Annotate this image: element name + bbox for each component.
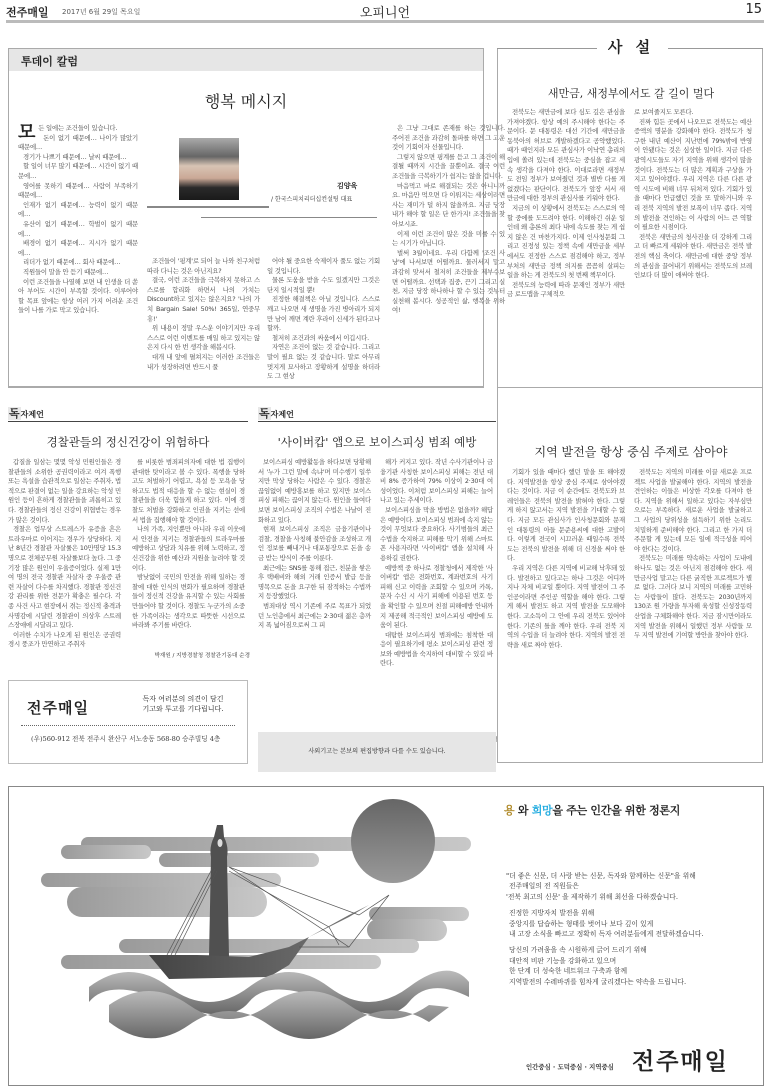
- author-photo: [179, 138, 239, 200]
- editorial-2-col1: 기회가 있을 때마다 했던 말을 또 해야겠다. 지역발전을 항상 중심 주제로…: [507, 468, 625, 650]
- author-divider: [201, 217, 377, 218]
- editorial-col2: 로 보여줄지도 모른다. 진짜 힘든 곳에서 나오므로 전북도는 예산 증액의 …: [634, 108, 752, 281]
- page-number: 15: [745, 2, 762, 17]
- reader-header-initial: 독: [258, 407, 271, 420]
- reader-opinion-2-col1: 보이스피싱 예방활동을 하다보면 당황해서 '누가 그런 말에 속냐'며 미수행…: [258, 458, 371, 631]
- contribution-box: 전주매일 독자 여러분의 의견이 담긴 기고와 투고를 기다립니다. (우)56…: [8, 680, 248, 764]
- newspaper-advertisement: 용 와 희망을 주는 인간을 위한 정론지 "더 좋은 신문, 더 사랑 받는 …: [8, 786, 764, 1086]
- reader-header-label: 자제언: [21, 410, 44, 419]
- author-name: 김양육: [337, 181, 357, 191]
- reader-opinion-header-2: 독자제언: [258, 402, 496, 422]
- reader-opinion-title-1: 경찰관들의 정신건강이 위험하다: [8, 434, 248, 450]
- reader-opinion-1-col2: 를 비롯한 범죄피의자에 대한 법 집행이 관대한 탓이라고 볼 수 있다. 폭…: [132, 458, 245, 631]
- today-column-label: 투데이 칼럼: [21, 53, 78, 69]
- editorial-2-col2: 전북도는 지역의 미래를 이끌 새로운 프로젝트 사업을 발굴해야 한다. 지역…: [634, 468, 752, 641]
- photo-divider: [147, 206, 269, 208]
- author-title: / 한국스피치리더십컨설팅 대표: [271, 194, 352, 203]
- reader-opinion-header-1: 독자제언: [8, 402, 248, 422]
- masthead: 전주매일 2017년 6월 29일 목요일 오피니언 15: [0, 0, 770, 22]
- today-column-col4: 은 그냥 그대로 존재를 하는 것입니다. 주어진 조건을 과감히 돌파를 하면…: [392, 124, 505, 316]
- editorial-label: 사 설: [498, 36, 764, 57]
- reader-opinion-title-2: '사이버캅' 앱으로 보이스피싱 범죄 예방: [258, 434, 496, 450]
- ad-paragraph: "더 좋은 신문, 더 사랑 받는 신문, 독자와 함께하는 신문"을 위해 전…: [506, 871, 756, 902]
- dotted-divider: [21, 725, 235, 726]
- ad-paragraph: 진정한 지방자치 발전을 위해 중앙지를 답습하는 형태를 벗어나 보다 깊이 …: [506, 908, 756, 939]
- dropcap: 모: [18, 124, 35, 142]
- today-column-col3: 어야 될 중요한 숙제이자 풀도 없는 기회일 것입니다. 물론 도움을 받을 …: [267, 257, 380, 382]
- today-column-title: 행복 메시지: [9, 89, 483, 112]
- editorial-title: 새만금, 새정부에서도 갈 길이 멀다: [498, 85, 764, 101]
- today-column: 투데이 칼럼 행복 메시지 모 든 일에는 조건들이 있습니다. 돈이 없기 때…: [8, 48, 484, 388]
- contribution-address: (우)560-912 전북 전주시 완산구 서노송동 568-80 승주빌딩 4…: [31, 733, 220, 743]
- contribution-message: 독자 여러분의 의견이 담긴 기고와 투고를 기다립니다.: [123, 694, 243, 714]
- reader-header-initial: 독: [8, 407, 21, 420]
- editorial-2: 지역 발전을 항상 중심 주제로 삼아야 기회가 있을 때마다 했던 말을 또 …: [497, 388, 763, 763]
- section-title: 오피니언: [0, 2, 770, 21]
- pen-nib-ship-illustration: [29, 797, 489, 1047]
- editorial-col1: 전북도는 새만금에 보다 심도 깊은 관심을 가져야겠다. 항상 예의 주시해야…: [507, 108, 625, 300]
- today-column-header: 투데이 칼럼: [9, 49, 483, 71]
- ad-paragraph: 당신의 가려움을 속 시원하게 긁어 드리기 위해 대안적 비판 기능을 강화하…: [506, 945, 756, 987]
- today-column-col2: 조건들이 '핑계'로 되어 늘 나와 친구처럼 따라 다니는 것은 아닌지요? …: [147, 257, 260, 372]
- ad-tagline: 인간중심 · 도덕중심 · 지역중심: [526, 1062, 614, 1071]
- reader-opinion-2-col2: 해가 커지고 있다. 작년 수사기관이나 금융기관 사칭한 보이스피싱 피해는 …: [380, 458, 493, 669]
- reader-opinion-1-col1: 갑질을 일삼는 몇몇 악성 민원인들은 경찰관들의 소위한 공권력이라고 여겨 …: [8, 458, 121, 650]
- editorial-2-title: 지역 발전을 항상 중심 주제로 삼아야: [498, 443, 764, 460]
- reader-opinion-1-signature: 박재원 / 지방경찰청 경찰관기동대 순경: [132, 651, 250, 659]
- contribution-brand: 전주매일: [27, 697, 89, 718]
- ad-slogan: 용 와 희망을 주는 인간을 위한 정론지: [504, 802, 680, 818]
- editorial: 사 설 새만금, 새정부에서도 갈 길이 멀다 전북도는 새만금에 보다 심도 …: [497, 48, 763, 388]
- ad-brand-logo: 전주매일: [632, 1043, 729, 1076]
- ad-body: "더 좋은 신문, 더 사랑 받는 신문, 독자와 함께하는 신문"을 위해 전…: [506, 871, 756, 993]
- masthead-rule: [6, 20, 764, 23]
- disclaimer-box: 사외기고는 본보의 편집방향과 다를 수도 있습니다.: [258, 732, 496, 772]
- today-column-col1: 모 든 일에는 조건들이 있습니다. 돈이 없기 때문에… 나이가 많았기 때문…: [18, 124, 138, 316]
- disclaimer-text: 사외기고는 본보의 편집방향과 다를 수도 있습니다.: [258, 746, 496, 755]
- reader-header-label: 자제언: [271, 410, 294, 419]
